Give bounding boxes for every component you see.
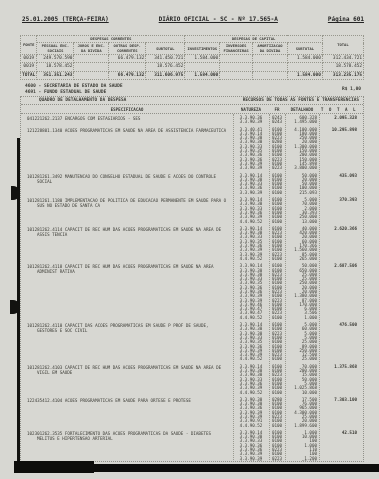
natureza-code: 4.4.90.52 [233, 316, 269, 320]
summary-cell: 18.578.452 [322, 63, 363, 71]
detalhado-value: 10.000 [285, 391, 319, 395]
expense-block: 101281262.4114 CAPACIT DE REC HUM DAS AC… [21, 227, 363, 261]
expense-block: 041221262.2137 ENCARGOS COM ESTAGIARIOS … [21, 116, 363, 125]
block-total-value [319, 166, 359, 170]
summary-cell [220, 55, 253, 63]
block-total-value [319, 461, 359, 462]
subcol-4: INVESTIMENTOS [185, 43, 220, 55]
expense-lines: 3.3.90.14010050.000435.0933.3.90.3001002… [233, 174, 359, 195]
col-natureza: NATUREZA [233, 107, 269, 112]
summary-cell [253, 71, 288, 79]
detail-table-titles: QUADRO DE DETALHAMENTO DA DESPESA RECURS… [21, 97, 363, 105]
expense-description: 101281261.1180 IMPLEMENTACAO DE POLITICA… [21, 198, 233, 224]
expense-lines: 3.3.90.360243600.3282.095.3283.3.90.3902… [233, 116, 359, 125]
expense-line: 3.3.90.390100215.093 [233, 191, 359, 195]
summary-cell: 351.351.243 [37, 71, 74, 79]
detalhado-value: 1.495.000 [285, 120, 319, 124]
block-total-value [319, 357, 359, 361]
header-page-number: Página 601 [328, 16, 364, 23]
detalhado-value: 1.000 [285, 316, 319, 320]
expense-block: 121228801.1340 ACOES PROGRAMATICAS EM SA… [21, 128, 363, 171]
expense-description: 101281261.3492 MANUTENCAO DO CONSELHO ES… [21, 174, 233, 195]
subcol-3: SUBTOTAL [146, 43, 185, 55]
column-divider [233, 114, 234, 462]
detail-left-title: QUADRO DE DETALHAMENTO DA DESPESA [39, 98, 126, 103]
column-divider [319, 114, 320, 462]
block-total-value [319, 391, 359, 395]
summary-data-row: 0019249.570.59066.479.132341.450.7211.58… [21, 55, 364, 63]
expense-line: 3.3.90.3902233.800.000 [233, 166, 359, 170]
block-total-value [319, 191, 359, 195]
summary-cell: 312.434.721 [322, 55, 363, 63]
summary-cell: 18.578.452 [37, 63, 74, 71]
summary-cell [253, 55, 288, 63]
expense-line: 4.4.90.520100265.000 [233, 257, 359, 261]
expense-lines: 3.3.90.1401005.000370.3933.3.90.30010070… [233, 198, 359, 224]
detalhado-value: 1.899.600 [285, 424, 319, 428]
summary-cell: 1.584.000 [185, 55, 220, 63]
group-header-0: DESPESAS CORRENTES [37, 36, 185, 43]
expense-description: 101281262.4118 CAPACIT DE REC HUM DAS AC… [21, 264, 233, 320]
summary-cell [253, 63, 288, 71]
detalhado-value: 215.093 [285, 191, 319, 195]
fr-code: 0100 [269, 220, 285, 224]
summary-cell [74, 71, 109, 79]
summary-group-header-row: FONTEDESPESAS CORRENTESDESPESAS DE CAPIT… [21, 36, 364, 43]
expense-block: 101281261.1180 IMPLEMENTACAO DE POLITICA… [21, 198, 363, 224]
expense-block: 122435412.4104 ACOES PROGRAMATICAS EM SA… [21, 398, 363, 428]
summary-cell [220, 71, 253, 79]
block-total-value [319, 120, 359, 124]
expense-block: 101281262.4103 CAPACIT DE REC HUM DAS AC… [21, 365, 363, 395]
detail-table-body: 041221262.2137 ENCARGOS COM ESTAGIARIOS … [21, 114, 363, 462]
summary-cell [185, 63, 220, 71]
subcol-2: OUTRAS DESP. CORRENTES [109, 43, 146, 55]
detalhado-value: 3.800.000 [285, 166, 319, 170]
fr-code: 0100 [269, 424, 285, 428]
summary-cell: 341.450.721 [146, 55, 185, 63]
org-secretaria: 4600 - SECRETARIA DE ESTADO DA SAUDE [25, 84, 123, 90]
fr-code: 0243 [269, 120, 285, 124]
currency-note: R$ 1,00 [342, 87, 361, 92]
col-detalhado: DETALHADO [285, 107, 319, 112]
fr-code: 0100 [269, 461, 285, 462]
expense-description: 041221262.2137 ENCARGOS COM ESTAGIARIOS … [21, 116, 233, 125]
subcol-1: JUROS E ENC. DA DIVIDA [74, 43, 109, 55]
expense-lines: 3.3.40.4101004.100.00010.295.8983.3.90.1… [233, 128, 359, 171]
summary-subheader-row: PESSOAL ENC. SOCIAISJUROS E ENC. DA DIVI… [21, 43, 364, 55]
natureza-code: 4.4.90.52 [233, 461, 269, 462]
summary-data-row: TOTAL351.351.24366.479.132311.606.9751.5… [21, 71, 364, 79]
block-total-value [319, 424, 359, 428]
group-header-1: DESPESAS DE CAPITAL [185, 36, 323, 43]
expense-description: 101281262.4103 CAPACIT DE REC HUM DAS AC… [21, 365, 233, 395]
natureza-code: 3.3.90.39 [233, 191, 269, 195]
natureza-code: 4.4.90.52 [233, 391, 269, 395]
expense-lines: 3.3.90.14010070.0001.375.8683.3.90.30010… [233, 365, 359, 395]
summary-cell: 313.235.175 [322, 71, 363, 79]
summary-cell [220, 63, 253, 71]
expense-description: 101281262.4114 CAPACIT DE REC HUM DAS AC… [21, 227, 233, 261]
summary-cell: 66.479.132 [109, 55, 146, 63]
expense-block: 101281262.4118 CAPACIT DE REC HUM DAS AC… [21, 264, 363, 320]
detail-column-headers: ESPECIFICACAO NATUREZA FR DETALHADO T O … [21, 105, 363, 114]
summary-data-row: 001918.578.45218.576.45218.578.452 [21, 63, 364, 71]
expense-line: 4.4.90.5201001.000 [233, 316, 359, 320]
expense-lines: 3.3.90.14010050.0002.687.5063.3.90.30010… [233, 264, 359, 320]
fr-code: 0100 [269, 316, 285, 320]
org-lines: 4600 - SECRETARIA DE ESTADO DA SAUDE 469… [25, 84, 123, 95]
col-total: T O T A L [319, 107, 359, 112]
expense-block: 102301262.3535 FORTALECIMENTO DAS ACOES … [21, 431, 363, 462]
col-total: TOTAL [322, 36, 363, 55]
header-title: DIÁRIO OFICIAL - SC - Nº 17.565-A [159, 16, 278, 23]
natureza-code: 4.4.90.52 [233, 257, 269, 261]
scan-bottom-bar-left [14, 461, 94, 473]
expense-block: 101281261.3492 MANUTENCAO DO CONSELHO ES… [21, 174, 363, 195]
summary-cell: 1.584.000 [185, 71, 220, 79]
expense-line: 4.4.90.52010025.000 [233, 357, 359, 361]
summary-expense-table: FONTEDESPESAS CORRENTESDESPESAS DE CAPIT… [20, 35, 364, 80]
summary-cell: 0019 [21, 55, 37, 63]
natureza-code: 3.3.90.39 [233, 166, 269, 170]
natureza-code: 4.4.90.52 [233, 220, 269, 224]
fr-code: 0100 [269, 257, 285, 261]
summary-cell: 18.576.452 [146, 63, 185, 71]
block-total-value [319, 316, 359, 320]
detalhado-value: 265.000 [285, 257, 319, 261]
detail-right-title: RECURSOS DE TODAS AS FONTES E TRANSFEREN… [243, 98, 359, 103]
expense-line: 3.3.90.3902431.495.000 [233, 120, 359, 124]
org-fundo: 4691 - FUNDO ESTADUAL DE SAUDE [25, 90, 123, 96]
subcol-0: PESSOAL ENC. SOCIAIS [37, 43, 74, 55]
expense-description: 102301262.3535 FORTALECIMENTO DAS ACOES … [21, 431, 233, 462]
scanned-gazette-page: 25.01.2005 (TERÇA-FEIRA) DIÁRIO OFICIAL … [0, 0, 379, 479]
expense-block: 101281262.4110 CAPACIT DAS ACOES PROGRAM… [21, 323, 363, 362]
summary-cell: 311.606.975 [146, 71, 185, 79]
expense-description: 121228801.1340 ACOES PROGRAMATICAS EM SA… [21, 128, 233, 171]
detalhado-value: 13.000 [285, 220, 319, 224]
expense-lines: 3.3.90.14010040.0002.620.3663.3.90.30022… [233, 227, 359, 261]
fr-code: 0100 [269, 191, 285, 195]
block-total-value [319, 257, 359, 261]
summary-cell [109, 63, 146, 71]
expense-lines: 3.3.90.1401005.000476.5003.3.90.30010060… [233, 323, 359, 362]
column-divider [285, 114, 286, 462]
summary-cell: 249.570.590 [37, 55, 74, 63]
expense-lines: 3.3.90.30028017.5007.303.1003.3.90.30010… [233, 398, 359, 428]
summary-cell [74, 55, 109, 63]
summary-cell: 1.584.000 [287, 55, 322, 63]
subcol-5: INVERSOES FINANCEIRAS [220, 43, 253, 55]
detalhado-value: 25.000 [285, 461, 319, 462]
natureza-code: 3.3.90.39 [233, 120, 269, 124]
header-date: 25.01.2005 (TERÇA-FEIRA) [22, 16, 109, 23]
summary-cell: 66.479.132 [109, 71, 146, 79]
column-divider [269, 114, 270, 462]
expense-line: 4.4.90.52010013.000 [233, 220, 359, 224]
expense-line: 4.4.90.52010025.000 [233, 461, 359, 462]
natureza-code: 4.4.90.52 [233, 357, 269, 361]
summary-cell [74, 63, 109, 71]
block-total-value [319, 220, 359, 224]
subcol-7: SUBTOTAL [287, 43, 322, 55]
expense-lines: 3.3.90.1401001.00042.5103.3.90.30010010.… [233, 431, 359, 462]
detail-expense-table: QUADRO DE DETALHAMENTO DA DESPESA RECURS… [20, 96, 364, 462]
page-header: 25.01.2005 (TERÇA-FEIRA) DIÁRIO OFICIAL … [22, 16, 364, 23]
summary-expense-table-wrap: FONTEDESPESAS CORRENTESDESPESAS DE CAPIT… [20, 35, 364, 80]
detalhado-value: 25.000 [285, 357, 319, 361]
natureza-code: 4.4.90.52 [233, 424, 269, 428]
col-fr: FR [269, 107, 285, 112]
col-fonte: FONTE [21, 36, 37, 55]
subcol-6: AMORTIZACAO DA DIVIDA [253, 43, 288, 55]
expense-description: 101281262.4110 CAPACIT DAS ACOES PROGRAM… [21, 323, 233, 362]
expense-description: 122435412.4104 ACOES PROGRAMATICAS EM SA… [21, 398, 233, 428]
fr-code: 0223 [269, 166, 285, 170]
expense-line: 4.4.90.5201001.899.600 [233, 424, 359, 428]
fr-code: 0100 [269, 357, 285, 361]
expense-line: 4.4.90.52010010.000 [233, 391, 359, 395]
summary-cell: TOTAL [21, 71, 37, 79]
summary-cell [287, 63, 322, 71]
col-especificacao: ESPECIFICACAO [21, 107, 233, 112]
fr-code: 0100 [269, 391, 285, 395]
summary-cell: 0019 [21, 63, 37, 71]
summary-cell: 1.584.000 [287, 71, 322, 79]
